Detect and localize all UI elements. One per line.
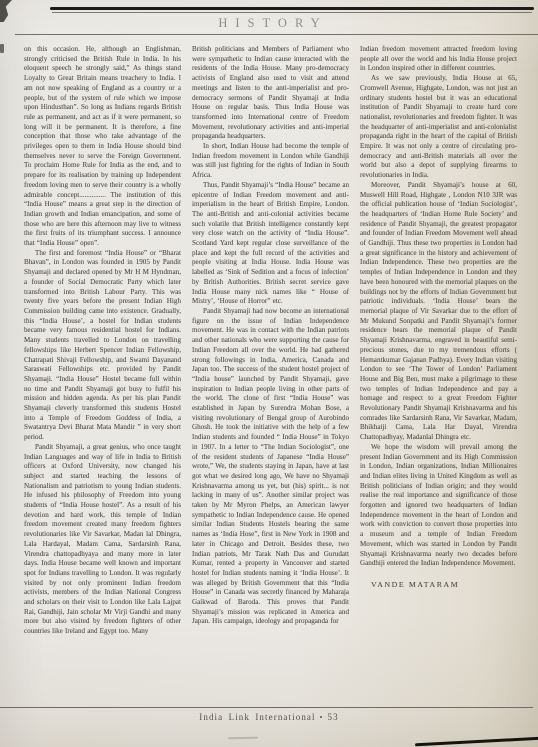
paragraph: British politicians and Members of Parli… — [192, 45, 349, 142]
text-column-1: on this occasion. He, although an Englis… — [24, 45, 181, 637]
header-thick-rule — [50, 7, 534, 10]
paragraph: on this occasion. He, although an Englis… — [24, 45, 181, 249]
paragraph: Thus, Pandit Shyamaji’s “India House” be… — [192, 181, 349, 307]
page-number: 53 — [328, 712, 339, 722]
footer-rule — [0, 707, 533, 708]
paragraph: As we saw previously, India House at 65,… — [360, 74, 517, 181]
paragraph: In short, Indian House had become the te… — [192, 142, 349, 181]
header-underline-rule — [15, 34, 538, 35]
section-title: HISTORY — [0, 16, 538, 31]
publication-name: India Link International — [199, 712, 315, 722]
page-header: HISTORY — [0, 0, 538, 35]
paragraph: Pandit Shyamaji, a great genius, who onc… — [24, 443, 181, 637]
paragraph: Moreover, Pandit Shyamaji’s house at 60,… — [360, 181, 517, 443]
page-footer: India Link International•53 — [0, 707, 538, 722]
paragraph: We hope the wisdom will prevail among th… — [360, 443, 517, 569]
header-thin-rule — [52, 12, 532, 13]
scan-artifact-left-edge — [0, 44, 4, 53]
text-column-3: Indian freedom movement attracted freedo… — [360, 45, 517, 637]
text-column-2: British politicians and Members of Parli… — [192, 45, 349, 637]
paragraph: Indian freedom movement attracted freedo… — [360, 45, 517, 74]
footer-bullet: • — [320, 713, 324, 722]
article-columns: on this occasion. He, although an Englis… — [24, 45, 517, 637]
scan-artifact-bottom-center — [228, 737, 258, 740]
paragraph: The first and foremost “India House” or … — [24, 249, 181, 443]
scan-artifact-bottom-right — [415, 737, 538, 747]
scanned-magazine-page: HISTORY on this occasion. He, although a… — [0, 0, 538, 747]
paragraph: Pandit Shyamaji had now become an intern… — [192, 307, 349, 627]
article-signoff: VANDE MATARAM — [360, 580, 517, 589]
footer-line: India Link International•53 — [0, 712, 538, 722]
